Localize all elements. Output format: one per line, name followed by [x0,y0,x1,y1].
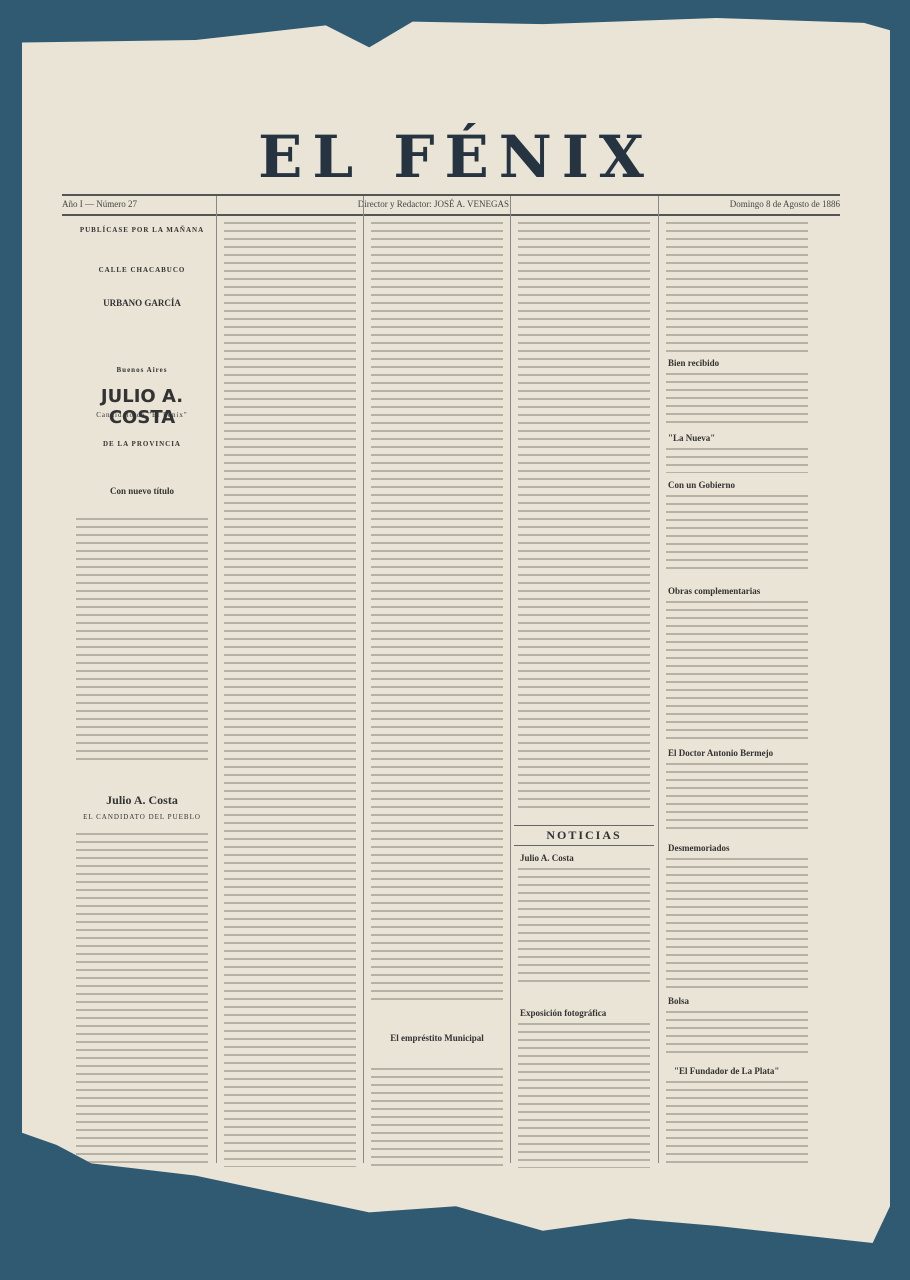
candidate-name: JULIO A. COSTA [72,386,212,428]
news-item-title: Con un Gobierno [668,480,812,490]
candidate-subtitle: Candidato de "El Fénix" [72,411,212,419]
article-body [666,858,808,988]
article-body [666,601,808,741]
article-body [666,373,808,423]
article-body [666,495,808,575]
candidate-office: DE LA PROVINCIA [72,440,212,448]
news-item-title: Desmemoriados [668,843,812,853]
article-body [666,222,808,352]
header-line: CALLE CHACABUCO [72,266,212,274]
article-subtitle: EL CANDIDATO DEL PUEBLO [72,813,212,821]
divider [62,214,840,216]
article-body [666,1081,808,1168]
article-body [666,763,808,833]
article-body [76,833,208,1163]
article-body [76,518,208,763]
header-line: Buenos Aires [72,366,212,374]
news-item-title: Exposición fotográfica [520,1008,654,1018]
news-item-title: Bien recibido [668,358,812,368]
article-body [371,222,503,1002]
news-item-title: "El Fundador de La Plata" [674,1066,812,1076]
issue-date: Domingo 8 de Agosto de 1886 [730,199,840,209]
article-body [666,1011,808,1056]
column-3: El empréstito Municipal [367,218,507,1153]
column-5: Bien recibido "La Nueva" Con un Gobierno… [662,218,812,1153]
section-title-noticias: NOTICIAS [514,825,654,846]
column-rule [363,196,364,1163]
column-2 [220,218,360,1153]
article-body [518,1023,650,1168]
newspaper-page: EL FÉNIX Año I — Número 27 Director y Re… [22,18,890,1243]
article-body [371,1068,503,1168]
article-body [518,868,650,988]
issue-info-bar: Año I — Número 27 Director y Redactor: J… [62,196,840,212]
news-item-title: Obras complementarias [668,586,812,596]
director-line: Director y Redactor: JOSÉ A. VENEGAS [358,199,509,209]
column-rule [658,196,659,1163]
article-body [666,448,808,473]
header-line: URBANO GARCÍA [72,298,212,308]
column-rule [510,196,511,1163]
article-title: Con nuevo título [72,486,212,496]
article-title: El empréstito Municipal [367,1033,507,1043]
issue-number: Año I — Número 27 [62,199,137,209]
news-item-title: Bolsa [668,996,812,1006]
column-4: NOTICIAS Julio A. Costa Exposición fotog… [514,218,654,1153]
article-body [224,222,356,1167]
header-line: PUBLÍCASE POR LA MAÑANA [72,226,212,234]
column-1: PUBLÍCASE POR LA MAÑANA CALLE CHACABUCO … [72,218,212,1153]
column-rule [216,196,217,1163]
masthead-title: EL FÉNIX [22,123,890,191]
news-item-title: El Doctor Antonio Bermejo [668,748,812,758]
article-title: Julio A. Costa [72,793,212,808]
article-body [518,222,650,812]
news-item-title: "La Nueva" [668,433,812,443]
news-item-title: Julio A. Costa [520,853,654,863]
